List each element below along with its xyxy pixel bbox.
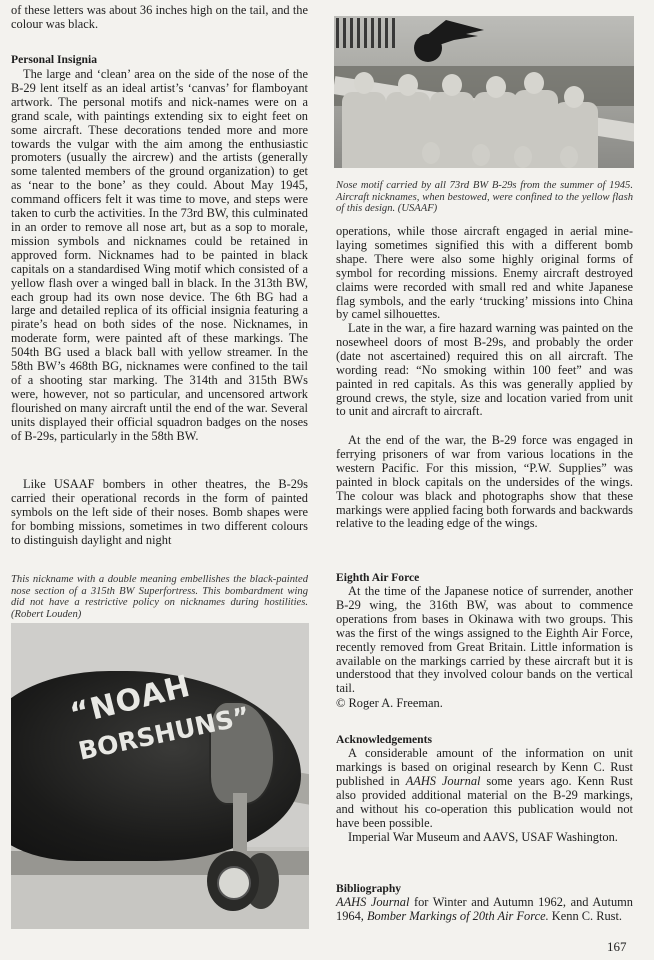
photo-noah-borshuns-nose: “NOAH BORSHUNS”	[11, 623, 309, 929]
fire-warning-paragraph: Late in the war, a fire hazard warning w…	[336, 322, 633, 419]
copyright-line: © Roger A. Freeman.	[336, 697, 443, 711]
acknowledgements-paragraph-1: A considerable amount of the information…	[336, 747, 633, 830]
photo-73rd-bw-crew	[334, 16, 634, 168]
photo-crew-group	[338, 72, 630, 168]
personal-insignia-paragraph-2: Like USAAF bombers in other theatres, th…	[11, 478, 308, 548]
pw-supplies-paragraph: At the end of the war, the B-29 force wa…	[336, 434, 633, 531]
photo-mission-marks	[336, 18, 396, 48]
photo-wheel-hub	[217, 866, 251, 900]
nose-art-photo-caption: This nickname with a double meaning embe…	[11, 574, 308, 620]
acknowledgements-paragraph-2: Imperial War Museum and AAVS, USAF Washi…	[336, 831, 633, 845]
bibliography-entry: AAHS Journal for Winter and Autumn 1962,…	[336, 896, 633, 924]
heading-personal-insignia: Personal Insignia	[11, 53, 97, 67]
photo-landing-strut	[233, 793, 247, 859]
page-number: 167	[607, 940, 627, 954]
eighth-air-force-paragraph: At the time of the Japanese notice of su…	[336, 585, 633, 696]
journal-title: AAHS Journal	[406, 774, 481, 788]
crew-photo-caption: Nose motif carried by all 73rd BW B-29s …	[336, 180, 633, 215]
intro-paragraph: of these letters was about 36 inches hig…	[11, 4, 308, 32]
winged-ball-icon	[406, 18, 486, 64]
heading-acknowledgements: Acknowledgements	[336, 733, 432, 747]
heading-bibliography: Bibliography	[336, 882, 401, 896]
continuation-paragraph: operations, while those aircraft engaged…	[336, 225, 633, 322]
personal-insignia-paragraph-1: The large and ‘clean’ area on the side o…	[11, 68, 308, 443]
heading-eighth-air-force: Eighth Air Force	[336, 571, 419, 585]
